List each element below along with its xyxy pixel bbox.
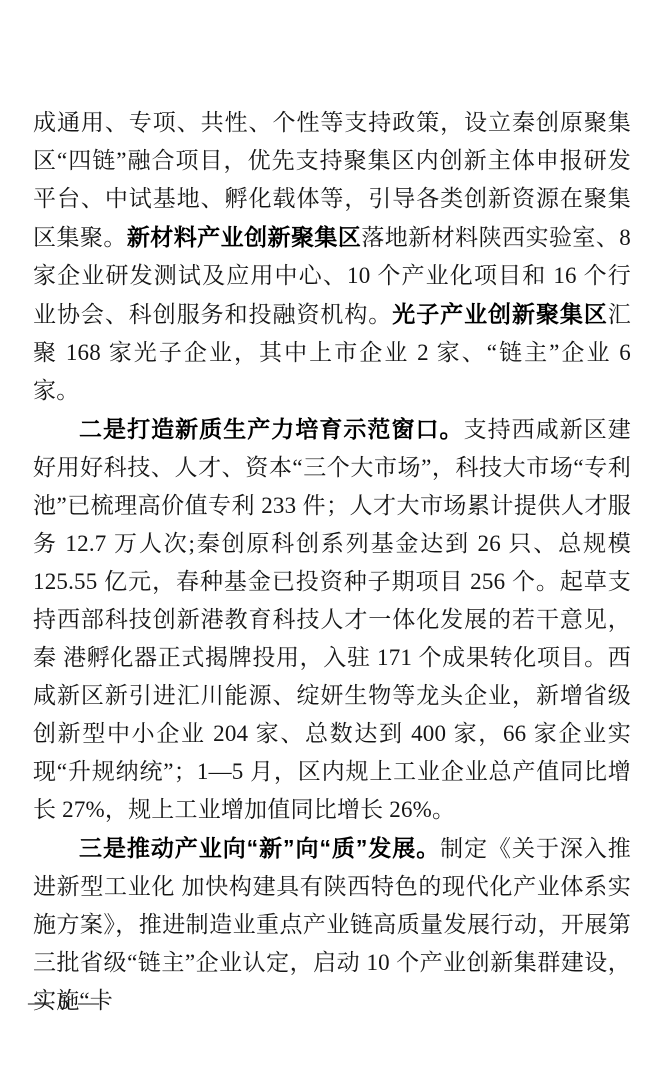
document-body: 成通用、专项、共性、个性等支持政策，设立秦创原聚集区“四链”融合项目，优先支持聚… [33, 104, 631, 1020]
bold-run-new-materials-cluster: 新材料产业创新聚集区 [127, 224, 362, 250]
bold-run-second-point-heading: 二是打造新质生产力培育示范窗口。 [79, 416, 464, 442]
bold-run-third-point-heading: 三是推动产业向“新”向“质”发展。 [79, 835, 440, 861]
paragraph-industry-clusters: 成通用、专项、共性、个性等支持政策，设立秦创原聚集区“四链”融合项目，优先支持聚… [33, 104, 631, 410]
paragraph-second-point: 二是打造新质生产力培育示范窗口。支持西咸新区建好用好科技、人才、资本“三个大市场… [33, 410, 631, 829]
text-run: 支持西咸新区建好用好科技、人才、资本“三个大市场”，科技大市场“专利池”已梳理高… [33, 417, 631, 822]
document-page: 成通用、专项、共性、个性等支持政策，设立秦创原聚集区“四链”融合项目，优先支持聚… [0, 0, 659, 1073]
text-run: 制定《关于深入推进新型工业化 加快构建具有陕西特色的现代化产业体系实施方案》，推… [33, 836, 631, 1013]
page-number: — 6 — [28, 990, 101, 1015]
bold-run-photonics-cluster: 光子产业创新聚集区 [392, 301, 608, 327]
paragraph-third-point: 三是推动产业向“新”向“质”发展。制定《关于深入推进新型工业化 加快构建具有陕西… [33, 829, 631, 1020]
